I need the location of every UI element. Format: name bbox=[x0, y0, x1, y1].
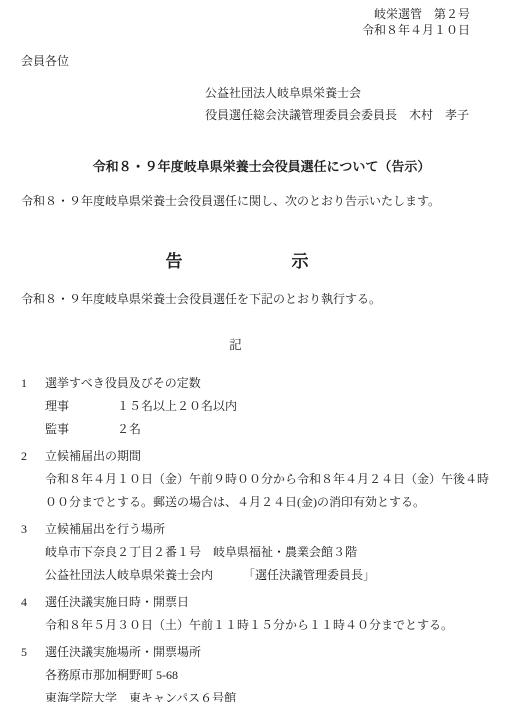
sender-organization: 公益社団法人岐阜県栄養士会 bbox=[205, 82, 502, 104]
item-detail-line: 理事 １５名以上２０名以内 bbox=[45, 395, 502, 418]
document-date: 令和８年４月１０日 bbox=[21, 22, 470, 38]
sender-title-name: 役員選任総会決議管理委員会委員長 木村 孝子 bbox=[205, 104, 502, 126]
item-list: 1選挙すべき役員及びその定数 理事 １５名以上２０名以内 監事 ２名 2立候補届… bbox=[21, 372, 502, 702]
item-number: 3 bbox=[21, 518, 45, 541]
list-item-5: 5選任決議実施場所・開票場所 各務原市那加桐野町 5-68 東海学院大学 東キャ… bbox=[21, 641, 502, 702]
item-heading: 3立候補届出を行う場所 bbox=[21, 518, 502, 541]
item-heading: 4選任決議実施日時・開票日 bbox=[21, 591, 502, 614]
item-heading: 1選挙すべき役員及びその定数 bbox=[21, 372, 502, 395]
item-heading-text: 選挙すべき役員及びその定数 bbox=[45, 376, 201, 390]
item-number: 2 bbox=[21, 445, 45, 468]
item-heading-text: 選任決議実施場所・開票場所 bbox=[45, 645, 201, 659]
item-detail-line: 各務原市那加桐野町 5-68 bbox=[45, 664, 502, 687]
item-heading-text: 選任決議実施日時・開票日 bbox=[45, 595, 189, 609]
item-detail-line: 監事 ２名 bbox=[45, 418, 502, 441]
sender-block: 公益社団法人岐阜県栄養士会 役員選任総会決議管理委員会委員長 木村 孝子 bbox=[205, 82, 502, 126]
recipient-line: 会員各位 bbox=[21, 50, 502, 72]
document-header: 岐栄選管 第２号 令和８年４月１０日 bbox=[21, 6, 502, 38]
list-item-1: 1選挙すべき役員及びその定数 理事 １５名以上２０名以内 監事 ２名 bbox=[21, 372, 502, 441]
list-item-3: 3立候補届出を行う場所 岐阜市下奈良２丁目２番１号 岐阜県福祉・農業会館３階 公… bbox=[21, 518, 502, 587]
document-title: 令和８・９年度岐阜県栄養士会役員選任について（告示） bbox=[21, 156, 502, 178]
item-detail-line: 東海学院大学 東キャンパス６号館 bbox=[45, 687, 502, 702]
kokuji-heading: 告 示 bbox=[21, 250, 502, 274]
item-detail-line: 岐阜市下奈良２丁目２番１号 岐阜県福祉・農業会館３階 bbox=[45, 541, 502, 564]
item-detail-line: 令和８年５月３０日（土）午前１１時１５分から１１時４０分までとする。 bbox=[45, 614, 502, 637]
reference-number: 岐栄選管 第２号 bbox=[21, 6, 470, 22]
execution-paragraph: 令和８・９年度岐阜県栄養士会役員選任を下記のとおり執行する。 bbox=[21, 288, 502, 310]
document-page: 岐栄選管 第２号 令和８年４月１０日 会員各位 公益社団法人岐阜県栄養士会 役員… bbox=[0, 0, 524, 702]
ki-heading: 記 bbox=[21, 334, 502, 356]
item-detail-line: 令和８年４月１０日（金）午前９時００分から令和８年４月２４日（金）午後４時 bbox=[45, 468, 502, 491]
item-detail-line: 公益社団法人岐阜県栄養士会内 「選任決議管理委員長」 bbox=[45, 564, 502, 587]
item-heading: 5選任決議実施場所・開票場所 bbox=[21, 641, 502, 664]
item-number: 4 bbox=[21, 591, 45, 614]
intro-paragraph: 令和８・９年度岐阜県栄養士会役員選任に関し、次のとおり告示いたします。 bbox=[21, 190, 502, 212]
item-heading: 2立候補届出の期間 bbox=[21, 445, 502, 468]
item-detail-line: ００分までとする。郵送の場合は、４月２４日(金)の消印有効とする。 bbox=[45, 491, 502, 514]
item-heading-text: 立候補届出を行う場所 bbox=[45, 522, 165, 536]
item-number: 5 bbox=[21, 641, 45, 664]
list-item-4: 4選任決議実施日時・開票日 令和８年５月３０日（土）午前１１時１５分から１１時４… bbox=[21, 591, 502, 637]
list-item-2: 2立候補届出の期間 令和８年４月１０日（金）午前９時００分から令和８年４月２４日… bbox=[21, 445, 502, 514]
item-heading-text: 立候補届出の期間 bbox=[45, 449, 141, 463]
item-number: 1 bbox=[21, 372, 45, 395]
